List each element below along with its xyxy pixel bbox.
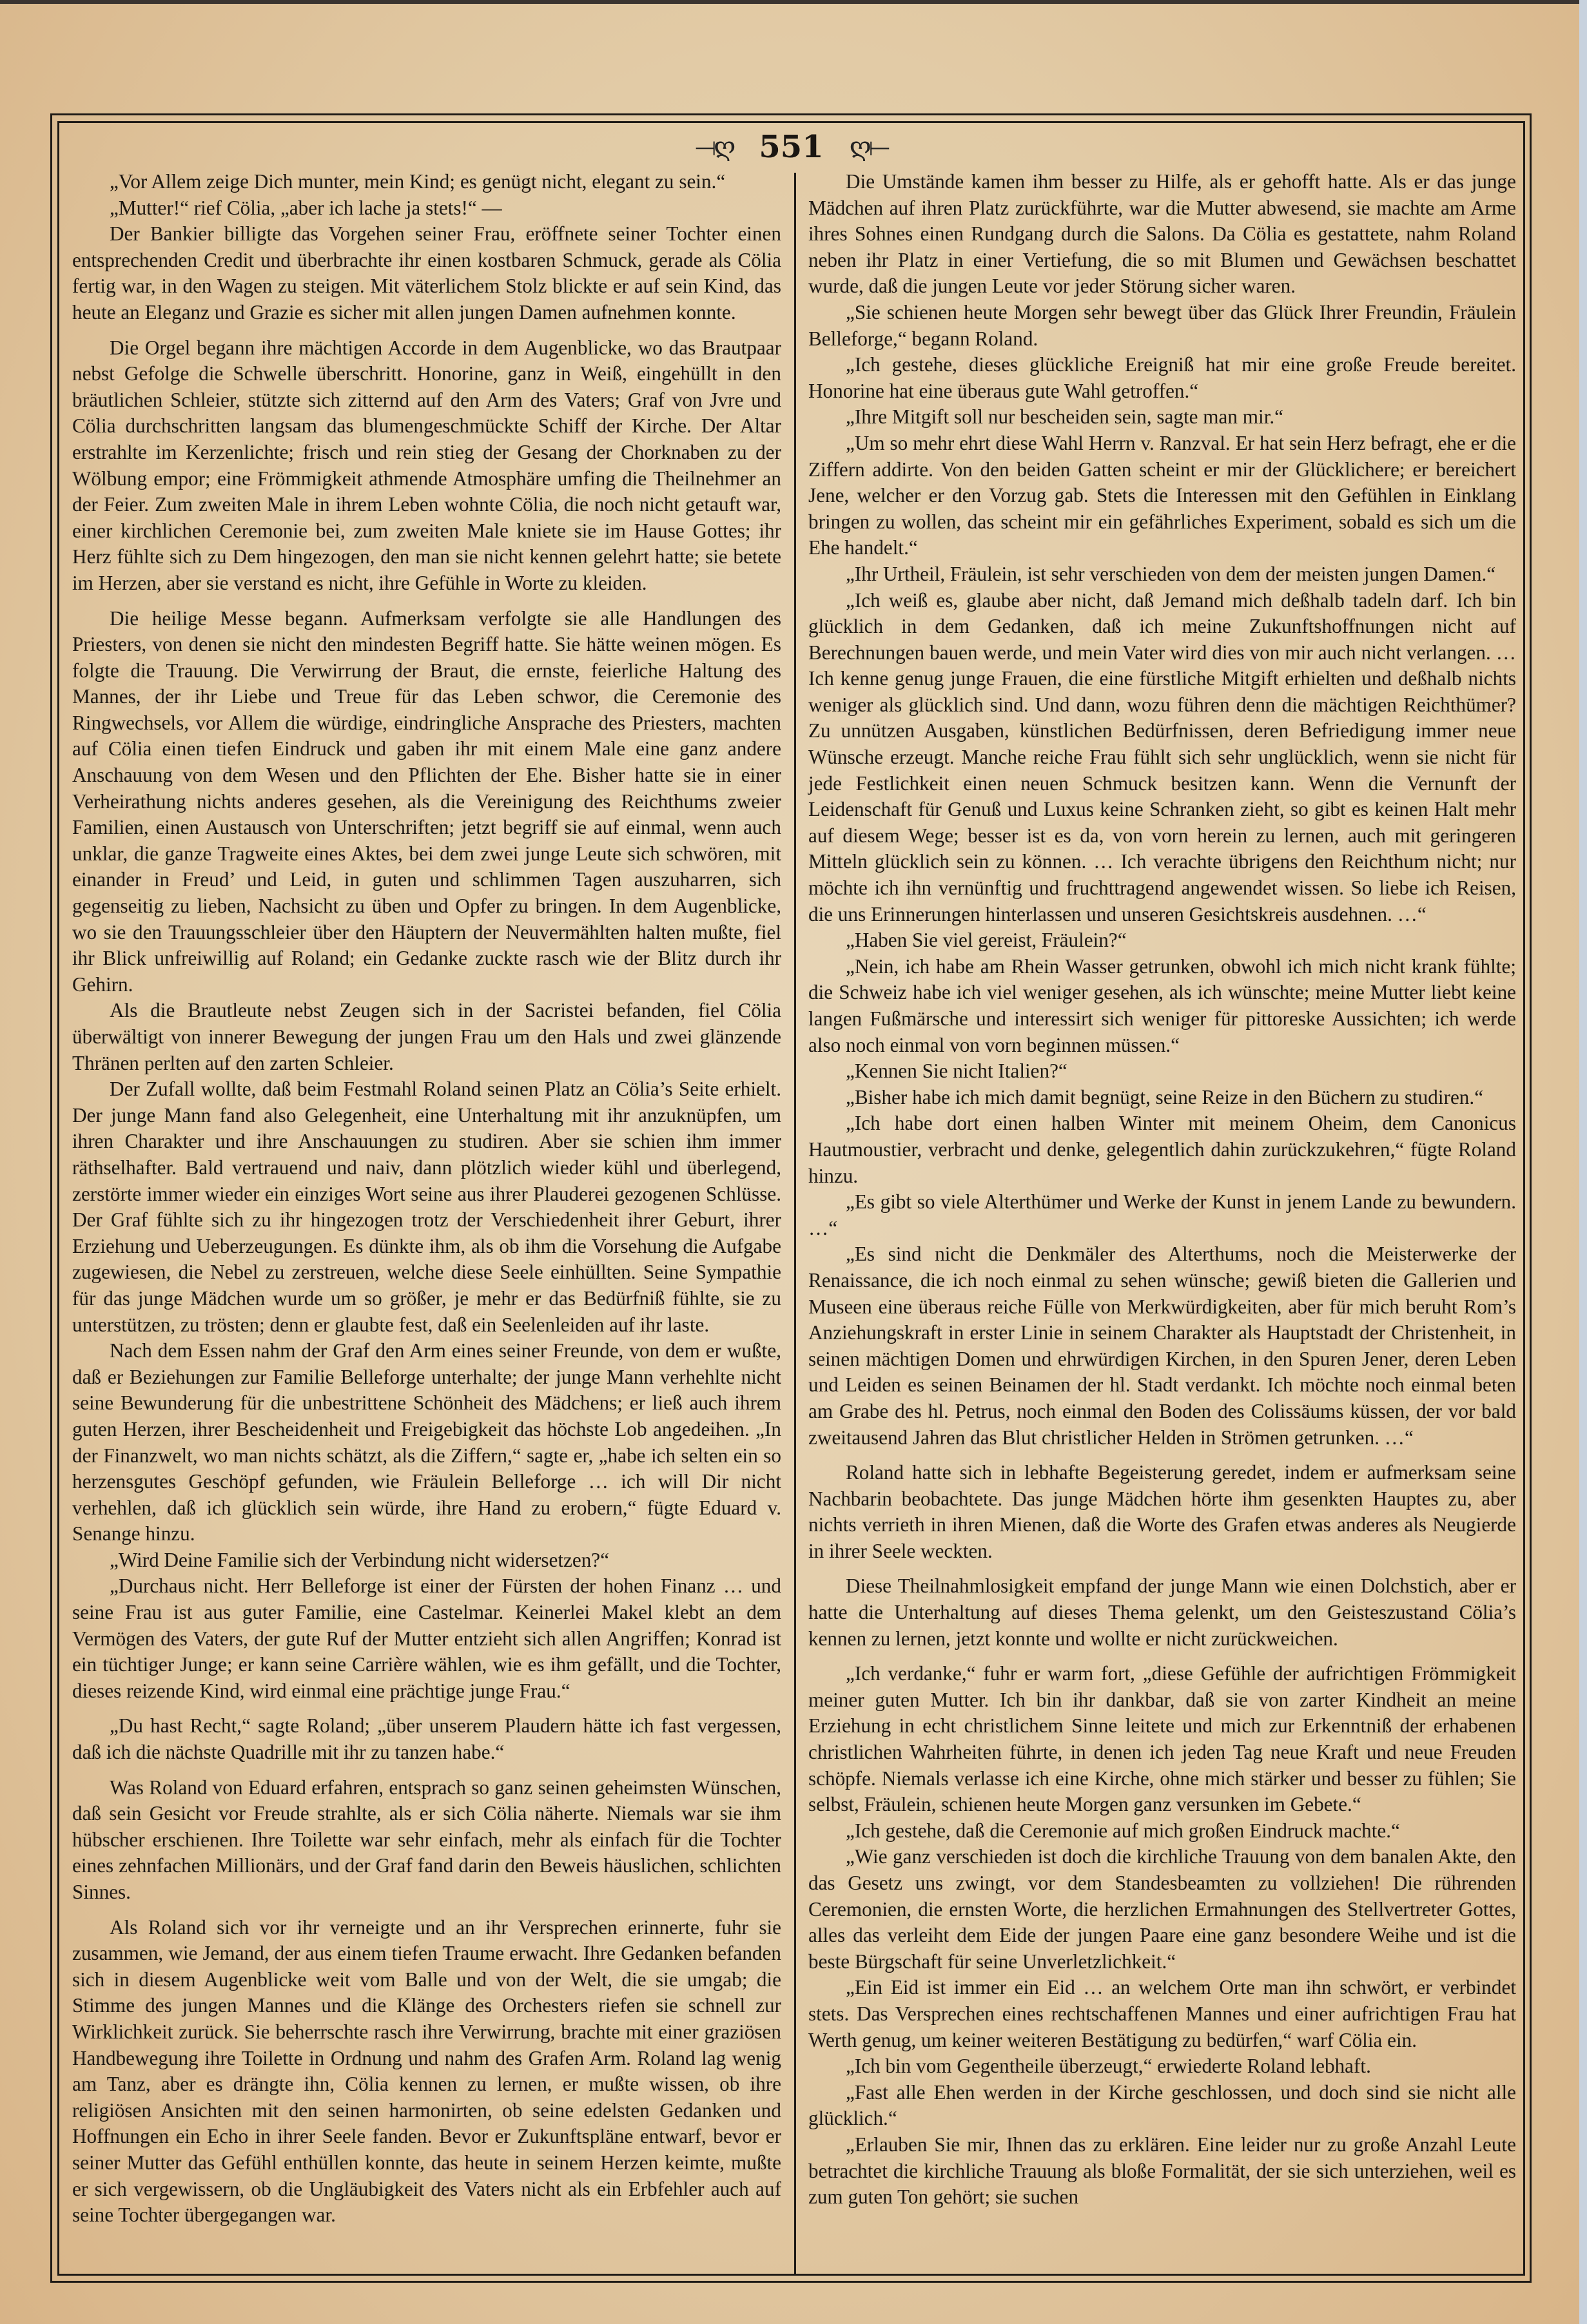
paragraph: „Ihre Mitgift soll nur bescheiden sein, … xyxy=(808,404,1516,431)
paragraph: Diese Theilnahmlosigkeit empfand der jun… xyxy=(808,1573,1516,1652)
page-header: ⟞ღ 551 ღ⟝ xyxy=(57,121,1525,173)
paragraph: „Ein Eid ist immer ein Eid … an welchem … xyxy=(808,1975,1516,2053)
column-divider xyxy=(794,173,796,2276)
paragraph: „Nein, ich habe am Rhein Wasser getrunke… xyxy=(808,954,1516,1058)
ornament-left-icon: ⟞ღ xyxy=(695,132,734,162)
paragraph: „Ich bin vom Gegentheile überzeugt,“ erw… xyxy=(808,2053,1516,2080)
paragraph: „Bisher habe ich mich damit begnügt, sei… xyxy=(808,1085,1516,1111)
paragraph: „Du hast Recht,“ sagte Roland; „über uns… xyxy=(72,1713,781,1765)
paragraph: Roland hatte sich in lebhafte Begeisteru… xyxy=(808,1460,1516,1564)
paragraph: „Vor Allem zeige Dich munter, mein Kind;… xyxy=(72,169,781,195)
paragraph: „Fast alle Ehen werden in der Kirche ges… xyxy=(808,2080,1516,2132)
paragraph: Die Umstände kamen ihm besser zu Hilfe, … xyxy=(808,169,1516,300)
page-number: 551 xyxy=(759,129,823,165)
paragraph: Nach dem Essen nahm der Graf den Arm ein… xyxy=(72,1338,781,1547)
scan-background-edge xyxy=(1579,0,1587,2324)
paragraph: „Mutter!“ rief Cölia, „aber ich lache ja… xyxy=(72,195,781,222)
paragraph: „Kennen Sie nicht Italien?“ xyxy=(808,1058,1516,1085)
paragraph: Der Bankier billigte das Vorgehen seiner… xyxy=(72,221,781,325)
paragraph: „Durchaus nicht. Herr Belleforge ist ein… xyxy=(72,1573,781,1704)
paragraph: „Erlauben Sie mir, Ihnen das zu erklären… xyxy=(808,2132,1516,2211)
paragraph: „Wird Deine Familie sich der Verbindung … xyxy=(72,1547,781,1574)
ornament-right-icon: ღ⟝ xyxy=(850,132,888,162)
text-column-left: „Vor Allem zeige Dich munter, mein Kind;… xyxy=(72,169,781,2229)
paragraph: „Haben Sie viel gereist, Fräulein?“ xyxy=(808,927,1516,954)
paragraph: „Ihr Urtheil, Fräulein, ist sehr verschi… xyxy=(808,561,1516,588)
paragraph: „Ich habe dort einen halben Winter mit m… xyxy=(808,1110,1516,1189)
paragraph: „Es gibt so viele Alterthümer und Werke … xyxy=(808,1189,1516,1241)
paragraph: „Ich gestehe, daß die Ceremonie auf mich… xyxy=(808,1818,1516,1845)
paragraph: „Ich weiß es, glaube aber nicht, daß Jem… xyxy=(808,588,1516,928)
paragraph: Als die Brautleute nebst Zeugen sich in … xyxy=(72,998,781,1076)
paragraph: „Sie schienen heute Morgen sehr bewegt ü… xyxy=(808,300,1516,352)
paragraph: „Um so mehr ehrt diese Wahl Herrn v. Ran… xyxy=(808,431,1516,561)
paragraph: „Es sind nicht die Denkmäler des Alterth… xyxy=(808,1241,1516,1451)
paragraph: Als Roland sich vor ihr verneigte und an… xyxy=(72,1915,781,2229)
text-column-right: Die Umstände kamen ihm besser zu Hilfe, … xyxy=(808,169,1516,2211)
page-top-edge xyxy=(0,0,1587,4)
paragraph: „Ich verdanke,“ fuhr er warm fort, „dies… xyxy=(808,1661,1516,1818)
paragraph: Der Zufall wollte, daß beim Festmahl Rol… xyxy=(72,1076,781,1338)
paragraph: Was Roland von Eduard erfahren, entsprac… xyxy=(72,1775,781,1906)
paragraph: „Ich gestehe, dieses glückliche Ereigniß… xyxy=(808,352,1516,404)
paragraph: Die heilige Messe begann. Aufmerksam ver… xyxy=(72,606,781,998)
paragraph: Die Orgel begann ihre mächtigen Accorde … xyxy=(72,335,781,597)
paragraph: „Wie ganz verschieden ist doch die kirch… xyxy=(808,1844,1516,1975)
